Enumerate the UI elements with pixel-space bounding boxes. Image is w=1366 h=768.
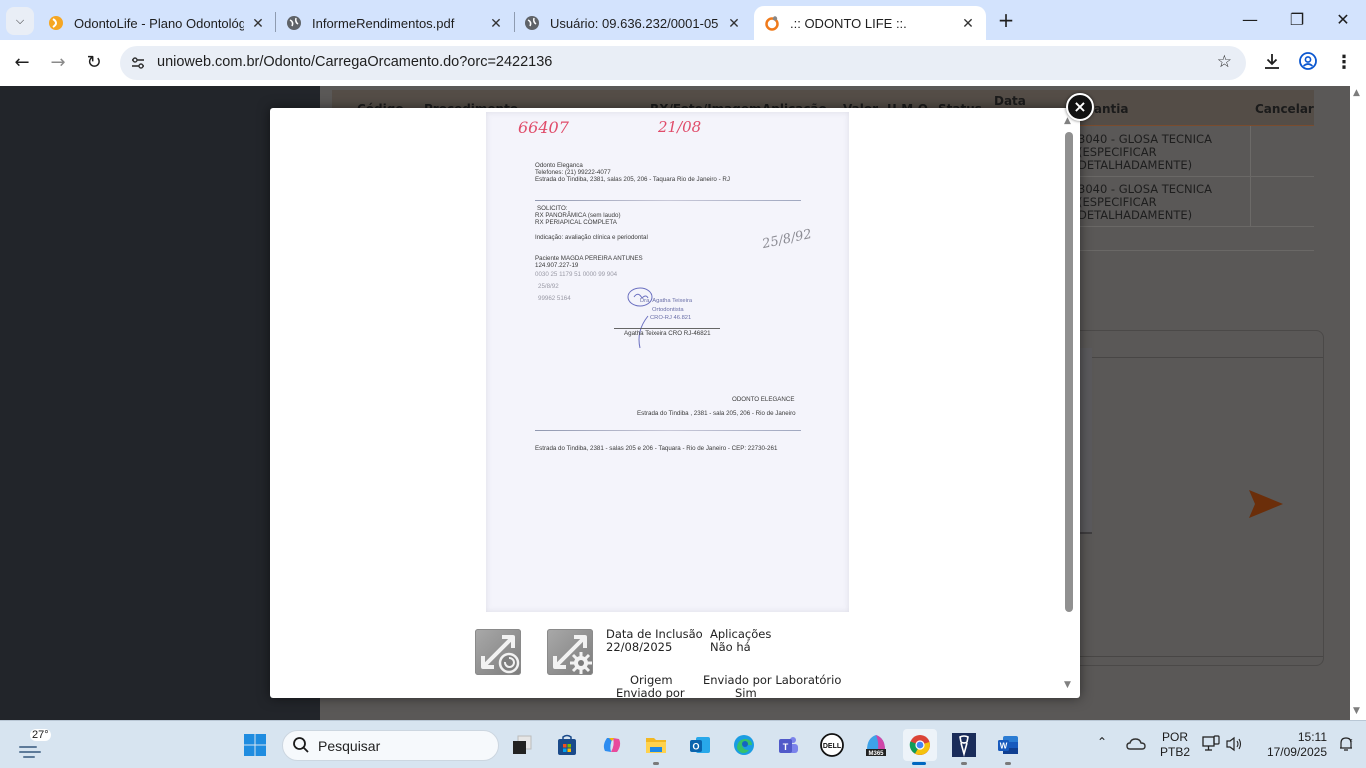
doc-address: Estrada do Tindiba, 2381, salas 205, 206… [535,176,730,183]
arrow-left-icon: ← [14,52,29,73]
edge-button[interactable] [728,729,760,761]
browser-tab-strip: ⌵ OdontoLife - Plano Odontológico ✕ Info… [0,0,1366,40]
tab-title: .:: ODONTO LIFE ::. [790,16,954,31]
tab-usuario[interactable]: Usuário: 09.636.232/0001-05 - M ✕ [514,6,752,40]
site-settings-icon[interactable] [130,55,146,71]
doc-footer-name: ODONTO ELEGANCE [732,396,794,403]
odontolife-ring-icon [764,15,780,31]
volume-icon[interactable] [1225,736,1243,752]
doc-footer-address: Estrada do Tindiba , 2381 - sala 205, 20… [637,410,796,417]
onedrive-cloud-icon[interactable] [1126,737,1146,751]
close-icon: × [1073,97,1086,116]
custom-app-icon [951,732,977,758]
page-scrollbar[interactable]: ▲ ▼ [1350,86,1366,720]
profile-button[interactable] [1296,51,1320,75]
rotate-image-button[interactable] [475,629,521,675]
teams-button[interactable]: T [772,729,804,761]
word-button[interactable]: W [992,729,1024,761]
search-icon [292,736,310,758]
svg-text:T: T [783,742,789,752]
doc-stamp-line: Dra. Agatha Teixeira [640,298,692,305]
forward-button[interactable]: → [46,51,70,75]
clock-date: 17/09/2025 [1255,745,1327,760]
store-icon [555,733,579,757]
word-icon: W [996,733,1020,757]
doc-patient-card: 0030 25 1179 51 0000 99 904 [535,271,617,278]
network-icon[interactable] [1202,735,1220,753]
doc-footer-full: Estrada do Tindiba, 2381 - salas 205 e 2… [535,445,777,452]
doc-phone: Telefones: (21) 99222-4077 [535,169,611,176]
inclusion-date-value: 22/08/2025 [606,641,672,654]
task-view-icon [510,733,534,757]
close-window-button[interactable]: ✕ [1328,8,1358,32]
close-tab-icon[interactable]: ✕ [250,15,266,32]
close-modal-button[interactable]: × [1066,93,1094,121]
scanned-document-image: 66407 21/08 Odonto Eleganca Telefones: (… [486,112,849,612]
chevron-down-icon: ⌵ [16,14,24,28]
m365-icon: M365 [863,732,889,758]
chrome-icon [908,733,932,757]
edge-icon [732,733,756,757]
minimize-button[interactable]: — [1235,8,1265,32]
chevron-up-icon: ⌃ [1097,735,1107,749]
back-button[interactable]: ← [10,51,34,75]
origin-value: Enviado por [616,687,685,698]
tab-odonto-life-active[interactable]: .:: ODONTO LIFE ::. ✕ [754,6,986,40]
svg-text:O: O [692,742,699,752]
scroll-up-icon[interactable]: ▲ [1353,88,1360,98]
close-tab-icon[interactable]: ✕ [726,15,742,32]
maximize-button[interactable]: ❐ [1282,8,1312,32]
running-indicator [1005,762,1011,765]
expand-rotate-icon [475,629,521,675]
expand-gear-icon [547,629,593,675]
handwritten-date-red: 21/08 [658,118,701,136]
doc-patient-phone: 99962 5164 [538,295,571,302]
more-vertical-icon: ⋮ [1335,52,1353,73]
tab-odontolife-plano[interactable]: OdontoLife - Plano Odontológico ✕ [38,6,276,40]
tab-title: Usuário: 09.636.232/0001-05 - M [550,16,720,31]
doc-stamp-line: CRO-RJ 46.821 [650,315,691,322]
outlook-button[interactable]: O [684,729,716,761]
start-button[interactable] [239,729,271,761]
m365-button[interactable]: M365 [860,729,892,761]
image-panel [1060,330,1324,666]
scroll-down-icon[interactable]: ▼ [1064,680,1071,690]
globe-icon [524,15,540,31]
garantia-cell: 3040 - GLOSA TECNICA (ESPECIFICAR DETALH… [1078,133,1258,172]
notifications-bell-icon[interactable]: z [1337,735,1355,753]
lab-value: Sim [735,687,757,698]
handwritten-date-gray: 25/8/92 [761,227,813,252]
address-bar[interactable]: unioweb.com.br/Odonto/CarregaOrcamento.d… [120,46,1246,80]
svg-text:W: W [1000,742,1008,751]
doc-patient: Paciente MAGDA PEREIRA ANTUNES [535,255,643,262]
image-viewer-modal: 66407 21/08 Odonto Eleganca Telefones: (… [270,108,1080,698]
folder-icon [644,733,668,757]
lab-label: Enviado por Laboratório [703,674,841,687]
doc-stamp-line: Ortodontista [652,307,684,314]
svg-text:DELL: DELL [823,743,842,750]
header-cancelar: Cancelar [1255,102,1314,116]
running-indicator [961,762,967,765]
language-line1: POR [1158,730,1192,745]
language-line2: PTB2 [1158,745,1192,760]
scroll-down-icon[interactable]: ▼ [1353,706,1360,716]
svg-text:z: z [1350,738,1353,744]
doc-signature-caption: Agatha Teixeira CRO RJ-46821 [624,330,711,337]
svg-text:M365: M365 [868,751,884,757]
doc-request-item: RX PERIAPICAL COMPLETA [535,219,617,226]
dell-button[interactable]: DELL [816,729,848,761]
odontolife-orange-icon [48,15,64,31]
menu-button[interactable]: ⋮ [1332,51,1356,75]
doc-clinic-name: Odonto Eleganca [535,162,583,169]
globe-icon [286,15,302,31]
clock[interactable]: 15:11 17/09/2025 [1255,730,1327,760]
doc-rule [535,430,801,431]
applications-value: Não há [710,641,751,654]
bookmark-star-icon[interactable]: ☆ [1217,52,1232,72]
store-button[interactable] [551,729,583,761]
url-text[interactable]: unioweb.com.br/Odonto/CarregaOrcamento.d… [157,54,552,70]
tab-title: OdontoLife - Plano Odontológico [74,16,244,31]
chrome-button[interactable] [903,729,937,761]
weather-temp: 27° [30,729,51,741]
doc-patient-doc: 124.907.227-19 [535,262,578,269]
running-indicator [653,762,659,765]
clock-time: 15:11 [1255,730,1327,745]
garantia-cell: 3040 - GLOSA TECNICA (ESPECIFICAR DETALH… [1078,183,1258,222]
reload-icon: ↻ [86,52,101,73]
browser-toolbar: ← → ↻ unioweb.com.br/Odonto/CarregaOrcam… [0,40,1366,86]
header-data: Data [994,94,1026,108]
handwritten-number: 66407 [518,118,569,137]
weather-widget[interactable]: 27° [16,727,56,763]
modal-scrollbar[interactable]: ▲ ▼ [1064,116,1074,692]
doc-indication: Indicação: avaliação clínica e periodont… [535,234,648,241]
arrow-right-icon: → [50,52,65,73]
downloads-button[interactable] [1260,51,1284,75]
signature-line [614,328,720,329]
close-tab-icon[interactable]: ✕ [960,15,976,32]
reload-button[interactable]: ↻ [82,51,106,75]
wind-icon [18,743,44,759]
doc-request-item: RX PANORÂMICA (sem laudo) [535,212,621,219]
show-hidden-icons-button[interactable]: ⌃ [1097,735,1107,749]
tab-informe-rendimentos[interactable]: InformeRendimentos.pdf ✕ [276,6,514,40]
dell-icon: DELL [819,732,845,758]
outlook-icon: O [688,733,712,757]
teams-icon: T [776,733,800,757]
new-tab-button[interactable]: + [996,9,1016,31]
doc-patient-birth: 25/8/92 [538,283,559,290]
language-indicator[interactable]: POR PTB2 [1158,730,1192,760]
file-explorer-button[interactable] [640,729,672,761]
windows-logo-icon [243,733,267,757]
copilot-icon [600,733,624,757]
doc-rule [535,200,801,201]
next-arrow-icon[interactable] [1248,489,1284,519]
doc-request-title: SOLICITO: [537,205,568,212]
active-indicator [912,762,926,765]
custom-app-button[interactable] [948,729,980,761]
image-settings-button[interactable] [547,629,593,675]
scrollbar-thumb[interactable] [1065,132,1073,612]
download-icon [1262,51,1282,71]
tab-list-button[interactable]: ⌵ [6,7,34,35]
task-view-button[interactable] [506,729,538,761]
windows-taskbar: 27° Pesquisar O T DELL M [0,720,1366,768]
search-placeholder: Pesquisar [318,738,380,754]
tab-title: InformeRendimentos.pdf [312,16,482,31]
taskbar-search[interactable]: Pesquisar [282,730,499,761]
copilot-button[interactable] [596,729,628,761]
close-tab-icon[interactable]: ✕ [488,15,504,32]
profile-icon [1298,51,1318,71]
